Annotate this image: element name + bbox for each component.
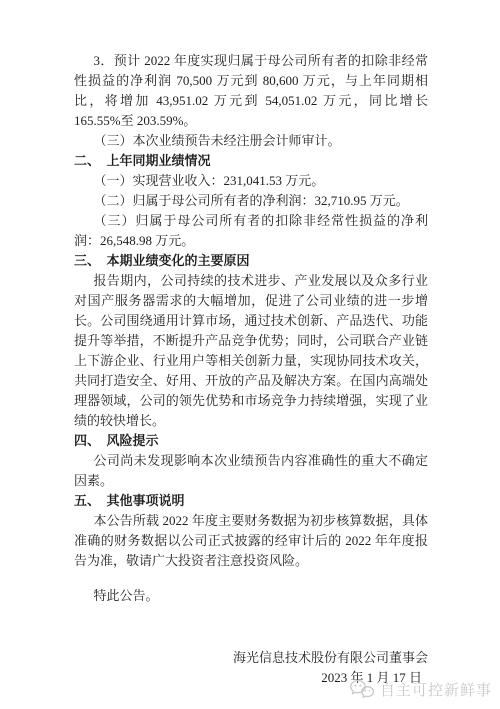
document-body: 3．预计 2022 年度实现归属于母公司所有者的扣除非经常性损益的净利润 70,… xyxy=(0,0,500,688)
section-heading-risk-notice: 四、 风险提示 xyxy=(74,431,428,451)
section-heading-prior-period-results: 二、 上年同期业绩情况 xyxy=(74,151,428,171)
announcement-page: 3．预计 2022 年度实现归属于母公司所有者的扣除非经常性损益的净利润 70,… xyxy=(0,0,500,709)
other-matters-paragraph: 本公告所载 2022 年度主要财务数据为初步核算数据，具体准确的财务数据以公司正… xyxy=(74,511,428,571)
main-reasons-paragraph: 报告期内，公司持续的技术进步、产业发展以及众多行业对国产服务器需求的大幅增加，促… xyxy=(74,271,428,431)
preamble-audit-note: （三）本次业绩预告未经注册会计师审计。 xyxy=(74,131,428,151)
signature-company: 海光信息技术股份有限公司董事会 xyxy=(233,648,428,668)
risk-notice-paragraph: 公司尚未发现影响本次业绩预告内容准确性的重大不确定因素。 xyxy=(74,451,428,491)
prior-period-net-profit: （二）归属于母公司所有者的净利润：32,710.95 万元。 xyxy=(74,191,428,211)
watermark-text: 自主可控新鲜事 xyxy=(380,679,492,700)
prior-period-deducted-net-profit: （三）归属于母公司所有者的扣除非经常性损益的净利润：26,548.98 万元。 xyxy=(74,211,428,251)
section-heading-main-reasons: 三、 本期业绩变化的主要原因 xyxy=(74,251,428,271)
preamble-forecast-item-3: 3．预计 2022 年度实现归属于母公司所有者的扣除非经常性损益的净利润 70,… xyxy=(74,51,428,131)
watermark: 自主可控新鲜事 xyxy=(349,678,492,700)
wechat-icon xyxy=(349,678,375,700)
section-heading-other-matters: 五、 其他事项说明 xyxy=(74,491,428,511)
closing-statement: 特此公告。 xyxy=(74,586,428,606)
prior-period-revenue: （一）实现营业收入：231,041.53 万元。 xyxy=(74,171,428,191)
